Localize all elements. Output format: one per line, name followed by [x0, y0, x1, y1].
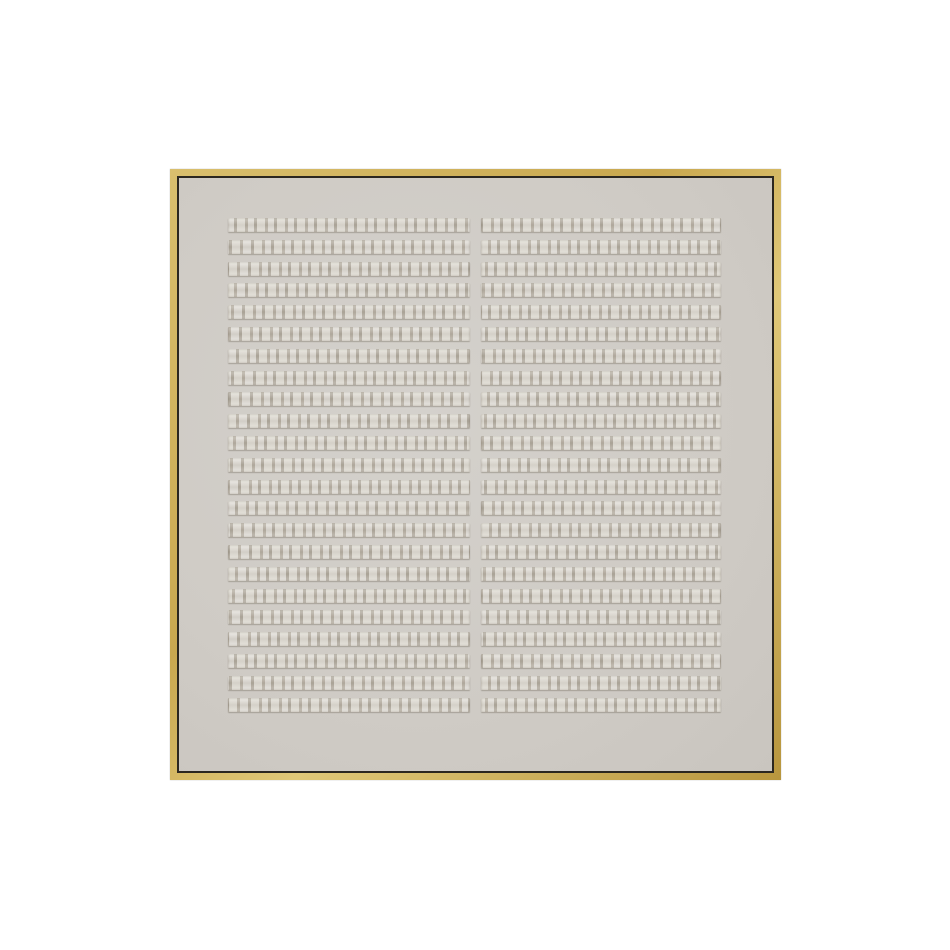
textured-stripe — [228, 480, 470, 494]
textured-stripe — [481, 523, 721, 537]
textured-stripe — [481, 610, 721, 624]
textured-stripe — [228, 632, 470, 646]
textured-stripe — [228, 567, 470, 581]
textured-stripe — [228, 327, 470, 341]
textured-stripe — [228, 218, 470, 232]
textured-stripe — [228, 371, 470, 385]
textured-stripe — [228, 698, 470, 712]
textured-stripe — [228, 262, 470, 276]
textured-stripe — [481, 327, 721, 341]
textured-stripe — [228, 545, 470, 559]
textured-stripe — [228, 458, 470, 472]
textured-stripe — [481, 676, 721, 690]
textured-stripe — [481, 218, 721, 232]
gold-frame — [170, 169, 781, 780]
textured-stripe — [228, 414, 470, 428]
textured-stripe — [228, 349, 470, 363]
textured-stripe — [481, 654, 721, 668]
textured-stripe — [481, 632, 721, 646]
textured-stripe — [481, 283, 721, 297]
textured-stripe — [228, 283, 470, 297]
textured-stripe — [228, 240, 470, 254]
textured-stripe — [228, 501, 470, 515]
textured-stripe — [228, 392, 470, 406]
textured-stripe — [228, 589, 470, 603]
painting-canvas — [179, 178, 772, 771]
textured-stripe — [481, 545, 721, 559]
textured-stripe — [228, 305, 470, 319]
textured-stripe — [228, 654, 470, 668]
textured-stripe — [481, 371, 721, 385]
textured-stripe — [481, 589, 721, 603]
textured-stripe — [481, 240, 721, 254]
textured-stripe — [481, 698, 721, 712]
textured-stripe — [481, 458, 721, 472]
textured-stripe — [481, 436, 721, 450]
textured-stripe — [481, 567, 721, 581]
textured-stripe — [481, 501, 721, 515]
textured-stripe — [481, 349, 721, 363]
textured-stripe — [228, 676, 470, 690]
textured-stripe — [481, 305, 721, 319]
textured-stripe — [228, 523, 470, 537]
textured-stripe — [228, 610, 470, 624]
textured-stripe — [228, 436, 470, 450]
textured-stripe — [481, 414, 721, 428]
textured-stripe — [481, 262, 721, 276]
textured-stripe — [481, 480, 721, 494]
textured-stripe — [481, 392, 721, 406]
